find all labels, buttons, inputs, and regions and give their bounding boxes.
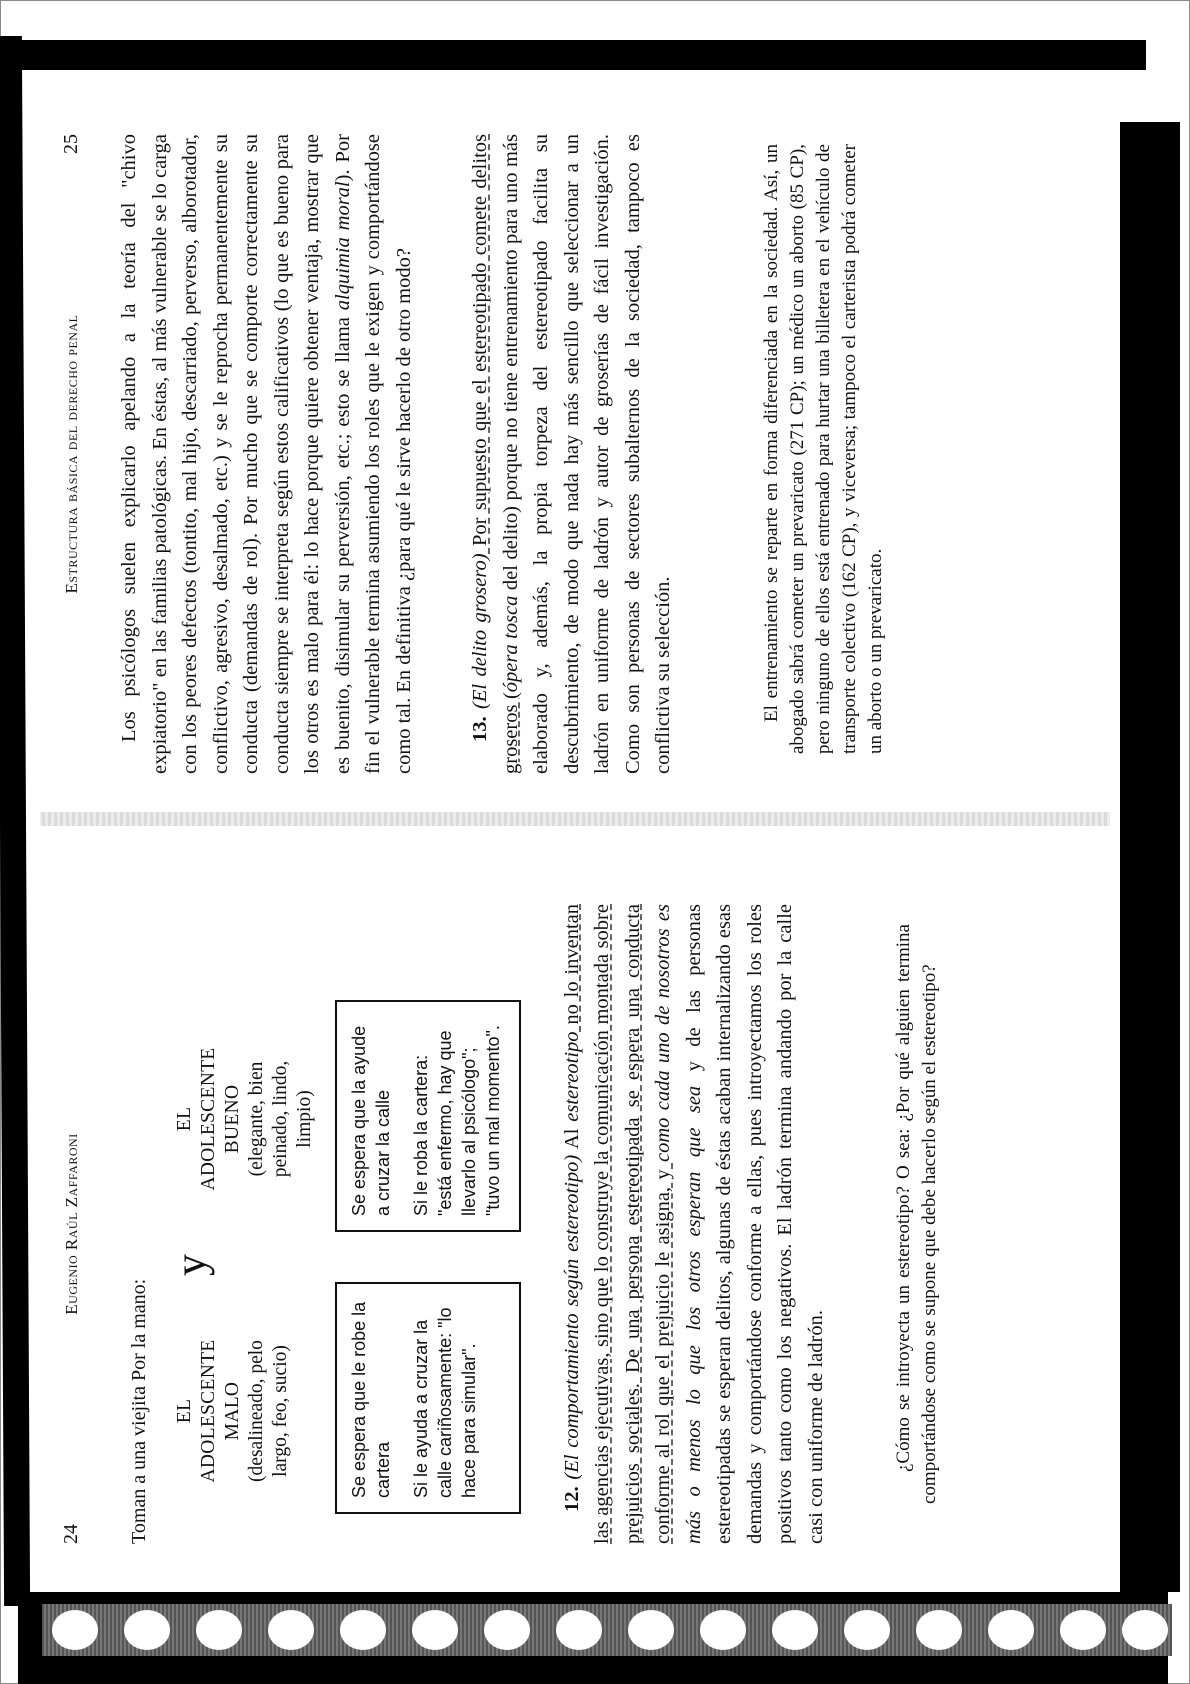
box-line: Si le roba la cartera: "está enfermo, ha… [409, 1016, 505, 1216]
italic-run: alquimia moral [332, 181, 354, 310]
hole-icon [412, 1610, 458, 1650]
page-25: Estructura básica del derecho penal 25 L… [60, 134, 889, 774]
hole-icon [124, 1610, 170, 1650]
section-12: 12. (El comportamiento según estereotipo… [557, 904, 832, 1544]
hole-icon [844, 1610, 890, 1650]
bad-adolescent: EL ADOLESCENTE MALO (desalineado, pelo l… [173, 1326, 293, 1496]
bad-description: (desalineado, pelo largo, feo, sucio) [246, 1340, 291, 1482]
good-adolescent: EL ADOLESCENTE BUENO (elegante, bien pei… [173, 1034, 317, 1204]
running-header-title: Estructura básica del derecho penal [62, 134, 82, 774]
hole-icon [1122, 1610, 1168, 1650]
box-line: Se espera que le robe la cartera [347, 1298, 395, 1498]
hole-icon [52, 1610, 98, 1650]
hole-icon [628, 1610, 674, 1650]
scan-border-top [0, 36, 30, 1606]
hole-icon [484, 1610, 530, 1650]
good-title: EL ADOLESCENTE BUENO [174, 1047, 243, 1190]
section-title: (El comportamiento según estereotipo) [561, 1155, 583, 1480]
scan-border-bottom [1120, 122, 1180, 1592]
text-run: Los psicólogos suelen explicarlo apeland… [118, 134, 354, 774]
hole-icon [340, 1610, 386, 1650]
section-number: 13. [469, 716, 491, 742]
intro-line: Toman a una viejita Por la mano: [124, 904, 155, 1544]
section-13: 13. (El delito grosero) Por supuesto que… [465, 134, 679, 774]
bad-expectation-box: Se espera que le robe la cartera Si le a… [335, 1282, 521, 1514]
box-line: Si le ayuda a cruzar la calle cariñosame… [409, 1298, 481, 1498]
hole-icon [268, 1610, 314, 1650]
expectation-boxes: Se espera que le robe la cartera Si le a… [335, 904, 521, 1514]
page-header: 24 Eugenio Raúl Zaffaroni [60, 904, 100, 1544]
good-description: (elegante, bien peinado, lindo, limpio) [246, 1061, 315, 1177]
text-run: del delito) porque no tiene entrenamient… [500, 134, 675, 774]
hole-icon [196, 1610, 242, 1650]
section-number: 12. [561, 1486, 583, 1512]
hole-icon [988, 1610, 1034, 1650]
italic-run: ópera tosca [500, 596, 522, 693]
running-header-author: Eugenio Raúl Zaffaroni [62, 904, 82, 1544]
hole-icon [916, 1610, 962, 1650]
book-gutter [40, 812, 1110, 826]
scanned-book-spread: 24 Eugenio Raúl Zaffaroni Toman a una vi… [0, 0, 1190, 1684]
bad-title: EL ADOLESCENTE MALO [174, 1339, 243, 1482]
training-paragraph: El entrenamiento se reparte en forma dif… [759, 134, 889, 774]
section-title: (El delito grosero) [469, 553, 491, 709]
binding-edge [18, 1592, 1168, 1684]
psychologists-paragraph: Los psicólogos suelen explicarlo apeland… [114, 134, 419, 774]
hole-icon [772, 1610, 818, 1650]
comparison-separator: y [173, 1224, 209, 1306]
binding-holes [42, 1604, 1172, 1656]
hole-icon [700, 1610, 746, 1650]
hole-icon [556, 1610, 602, 1650]
italic-run: estereotipo [561, 1031, 583, 1121]
page-number: 25 [60, 134, 83, 154]
adolescent-comparison: EL ADOLESCENTE MALO (desalineado, pelo l… [173, 904, 317, 1496]
hole-icon [1060, 1610, 1106, 1650]
box-line: Se espera que la ayude a cruzar la calle [347, 1016, 395, 1216]
good-expectation-box: Se espera que la ayude a cruzar la calle… [335, 1000, 521, 1232]
page-24: 24 Eugenio Raúl Zaffaroni Toman a una vi… [60, 904, 943, 1544]
text-run: Al [561, 1122, 583, 1155]
page-header: Estructura básica del derecho penal 25 [60, 134, 100, 774]
question-paragraph: ¿Cómo se introyecta un estereotipo? O se… [891, 904, 943, 1544]
scan-border-right [16, 40, 1146, 70]
